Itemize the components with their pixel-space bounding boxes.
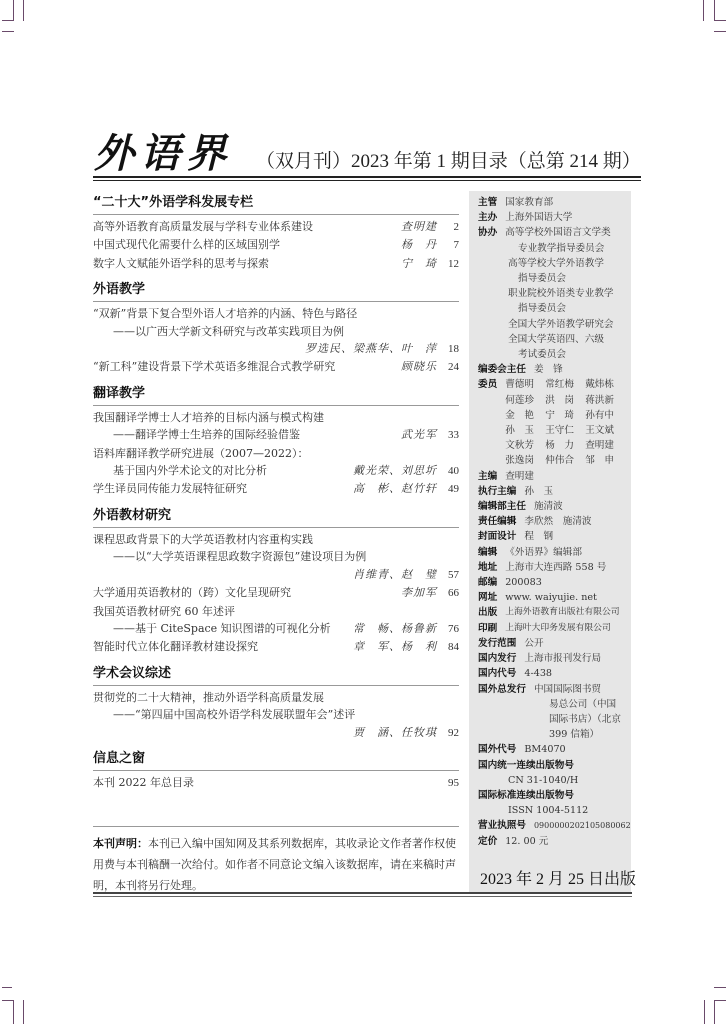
member-name: 查明建 xyxy=(585,438,625,453)
entry-title: 我国英语教材研究 60 年述评 xyxy=(93,603,235,620)
toc-section: 外语教学“双新”背景下复合型外语人才培养的内涵、特色与路径——以广西大学新文科研… xyxy=(93,279,459,377)
license-label: 营业执照号 xyxy=(478,818,526,833)
cover-design-label: 封面设计 xyxy=(478,529,516,544)
crop-mark xyxy=(714,1000,726,1001)
member-name: 仲伟合 xyxy=(545,453,585,468)
website-label: 网址 xyxy=(478,590,497,605)
board-chair-value: 姜 锋 xyxy=(534,362,563,377)
entry-title: 语料库翻译教学研究进展（2007—2022）： xyxy=(93,445,309,462)
entry-title: 数字人文赋能外语学科的思考与探索 xyxy=(93,255,269,273)
price-value: 12. 00 元 xyxy=(505,834,548,849)
toc-entry[interactable]: 贯彻党的二十大精神，推动外语学科高质量发展——“第四届中国高校外语学科发展联盟年… xyxy=(93,689,459,742)
entry-meta: 95 xyxy=(437,774,459,792)
entry-authors: 高 彬、赵竹轩 xyxy=(353,482,437,495)
dept-director-value: 施清波 xyxy=(534,499,563,514)
toc-entry[interactable]: “双新”背景下复合型外语人才培养的内涵、特色与路径——以广西大学新文科研究与改革… xyxy=(93,305,459,358)
entry-page: 57 xyxy=(443,567,459,584)
editor-in-chief-value: 查明建 xyxy=(505,469,534,484)
member-name: 邹 申 xyxy=(585,453,625,468)
entry-page: 49 xyxy=(443,481,459,498)
crop-mark xyxy=(714,1000,715,1024)
entry-page: 66 xyxy=(443,585,459,602)
entry-meta: 武光军33 xyxy=(401,426,459,444)
entry-authors: 武光军 xyxy=(401,428,437,441)
co-sponsor-value: 全国大学英语四、六级 xyxy=(508,332,604,347)
toc-section: 外语教材研究课程思政背景下的大学英语教材内容重构实践——以“大学英语课程思政数字… xyxy=(93,505,459,657)
cover-design-value: 程 钢 xyxy=(524,529,553,544)
masthead-info-panel: 主管国家教育部 主办上海外国语大学 协办高等学校外国语言文学类 专业教学指导委员… xyxy=(469,191,631,892)
domestic-dist-value: 上海市报刊发行局 xyxy=(524,651,601,666)
publisher-label: 出版 xyxy=(478,605,497,620)
sponsor-value: 上海外国语大学 xyxy=(505,210,572,225)
entry-meta: 罗选民、梁燕华、叶 萍18 xyxy=(305,340,459,358)
co-sponsor-value: 考试委员会 xyxy=(518,347,566,362)
toc-entry[interactable]: 高等外语教育高质量发展与学科专业体系建设查明建2 xyxy=(93,218,459,236)
section-title: “二十大”外语学科发展专栏 xyxy=(93,192,459,215)
entry-authors: 顾晓乐 xyxy=(401,360,437,373)
entry-page: 7 xyxy=(443,237,459,254)
foreign-code-label: 国外代号 xyxy=(478,742,516,757)
entry-authors: 宁 琦 xyxy=(401,257,437,270)
entry-title: 本刊 2022 年总目录 xyxy=(93,774,194,792)
toc-section: “二十大”外语学科发展专栏高等外语教育高质量发展与学科专业体系建设查明建2中国式… xyxy=(93,192,459,273)
entry-page: 18 xyxy=(443,341,459,358)
entry-subtitle: ——基于 CiteSpace 知识图谱的可视化分析 xyxy=(113,620,331,638)
foreign-dist-label: 国外总发行 xyxy=(478,682,526,697)
scope-value: 公开 xyxy=(524,636,543,651)
entry-authors: 肖维青、赵 璧 xyxy=(353,568,437,581)
address-value: 上海市大连西路 558 号 xyxy=(505,560,606,575)
member-name: 杨 力 xyxy=(545,438,585,453)
scope-label: 发行范围 xyxy=(478,636,516,651)
member-name: 洪 岗 xyxy=(545,393,585,408)
entry-page: 95 xyxy=(443,775,459,792)
exec-editor-value: 孙 玉 xyxy=(524,484,553,499)
entry-title: 课程思政背景下的大学英语教材内容重构实践 xyxy=(93,531,313,548)
notice-label: 本刊声明： xyxy=(93,837,148,850)
editorial-label: 编辑 xyxy=(478,545,497,560)
section-title: 外语教学 xyxy=(93,279,459,302)
crop-mark xyxy=(714,20,726,21)
entry-meta: 常 畅、杨鲁新76 xyxy=(353,620,459,638)
entry-page: 76 xyxy=(443,621,459,638)
entry-title: 贯彻党的二十大精神，推动外语学科高质量发展 xyxy=(93,689,324,706)
entry-meta: 贾 涵、任牧琪92 xyxy=(353,724,459,742)
member-name: 曹德明 xyxy=(505,377,545,392)
editor-in-chief-label: 主编 xyxy=(478,469,497,484)
issue-title: （双月刊）2023 年第 1 期目录（总第 214 期） xyxy=(256,146,641,173)
domestic-code-label: 国内代号 xyxy=(478,666,516,681)
website-link[interactable]: www. waiyujie. net xyxy=(505,590,597,605)
entry-authors: 戴光荣、刘思圻 xyxy=(353,464,437,477)
dept-director-label: 编辑部主任 xyxy=(478,499,526,514)
member-name: 王守仁 xyxy=(545,423,585,438)
crop-mark xyxy=(2,987,12,988)
member-name: 宁 琦 xyxy=(545,408,585,423)
entry-subtitle: ——“第四届中国高校外语学科发展联盟年会”述评 xyxy=(113,706,355,723)
board-chair-label: 编委会主任 xyxy=(478,362,526,377)
crop-mark xyxy=(2,20,14,21)
entry-page: 24 xyxy=(443,359,459,376)
resp-editors-label: 责任编辑 xyxy=(478,514,516,529)
entry-meta: 顾晓乐24 xyxy=(401,358,459,376)
cn-label: 国内统一连续出版物号 xyxy=(478,758,574,773)
member-name: 常红梅 xyxy=(545,377,585,392)
entry-authors: 查明建 xyxy=(401,220,437,233)
toc-entry[interactable]: 课程思政背景下的大学英语教材内容重构实践——以“大学英语课程思政数字资源包”建设… xyxy=(93,531,459,584)
entry-title: “双新”背景下复合型外语人才培养的内涵、特色与路径 xyxy=(93,305,357,322)
resp-editors-value: 李欣然 施清波 xyxy=(524,514,591,529)
toc-entry[interactable]: 中国式现代化需要什么样的区域国别学杨 丹7 xyxy=(93,236,459,254)
entry-authors: 贾 涵、任牧琪 xyxy=(353,726,437,739)
foreign-code-value: BM4070 xyxy=(524,742,565,757)
entry-authors: 常 畅、杨鲁新 xyxy=(353,622,437,635)
supervisor-label: 主管 xyxy=(478,195,497,210)
co-sponsor-value: 高等学校外国语言文学类 xyxy=(505,225,611,240)
masthead: 外语界 （双月刊）2023 年第 1 期目录（总第 214 期） xyxy=(94,128,642,178)
member-name: 蒋洪新 xyxy=(585,393,625,408)
co-sponsor-value: 高等学校大学外语教学 xyxy=(508,256,604,271)
postcode-value: 200083 xyxy=(505,575,542,590)
entry-title: 大学通用英语教材的（跨）文化呈现研究 xyxy=(93,584,291,602)
price-label: 定价 xyxy=(478,834,497,849)
section-title: 翻译教学 xyxy=(93,383,459,406)
entry-page: 2 xyxy=(443,219,459,236)
notice-text: 本刊已入编中国知网及其系列数据库，其收录论文作者著作权使用费与本刊稿酬一次给付。… xyxy=(93,837,456,892)
entry-authors: 罗选民、梁燕华、叶 萍 xyxy=(305,342,437,355)
co-sponsor-value: 专业教学指导委员会 xyxy=(518,241,604,256)
entry-page: 92 xyxy=(443,725,459,742)
editorial-value: 《外语界》编辑部 xyxy=(505,545,582,560)
printer-value: 上海叶大印务发展有限公司 xyxy=(505,621,611,636)
foreign-dist-value: 易总公司（中国 xyxy=(549,697,616,712)
section-title: 信息之窗 xyxy=(93,748,459,771)
member-name: 金 艳 xyxy=(505,408,545,423)
entry-authors: 李加军 xyxy=(401,586,437,599)
toc-entry[interactable]: 我国翻译学博士人才培养的目标内涵与模式构建——翻译学博士生培养的国际经验借鉴武光… xyxy=(93,409,459,445)
co-sponsor-value: 指导委员会 xyxy=(518,271,566,286)
entry-subtitle: ——以广西大学新文科研究与改革实践项目为例 xyxy=(113,323,344,340)
member-name: 孙有中 xyxy=(585,408,625,423)
publication-date: 2023 年 2 月 25 日出版 xyxy=(480,866,636,889)
crop-mark xyxy=(704,1000,705,1024)
entry-title: 我国翻译学博士人才培养的目标内涵与模式构建 xyxy=(93,409,324,426)
entry-meta: 宁 琦12 xyxy=(401,255,459,273)
crop-mark xyxy=(13,0,14,21)
address-label: 地址 xyxy=(478,560,497,575)
journal-logo: 外语界 xyxy=(94,122,232,179)
member-name: 何莲珍 xyxy=(505,393,545,408)
toc-entry[interactable]: “新工科”建设背景下学术英语多维混合式教学研究顾晓乐24 xyxy=(93,358,459,376)
supervisor-value: 国家教育部 xyxy=(505,195,553,210)
toc-entry[interactable]: 智能时代立体化翻译教材建设探究章 军、杨 利84 xyxy=(93,638,459,656)
section-title: 外语教材研究 xyxy=(93,505,459,528)
entry-title: 智能时代立体化翻译教材建设探究 xyxy=(93,638,258,656)
issn-value: ISSN 1004-5112 xyxy=(508,803,588,818)
printer-label: 印刷 xyxy=(478,621,497,636)
toc-entry[interactable]: 大学通用英语教材的（跨）文化呈现研究李加军66 xyxy=(93,584,459,602)
entry-subtitle: ——翻译学博士生培养的国际经验借鉴 xyxy=(113,426,300,444)
entry-title: “新工科”建设背景下学术英语多维混合式教学研究 xyxy=(93,358,335,376)
foreign-dist-value: 国际书店）（北京 xyxy=(549,712,621,727)
entry-title: 中国式现代化需要什么样的区域国别学 xyxy=(93,236,280,254)
entry-meta: 李加军66 xyxy=(401,584,459,602)
toc-section: 学术会议综述贯彻党的二十大精神，推动外语学科高质量发展——“第四届中国高校外语学… xyxy=(93,663,459,742)
domestic-dist-label: 国内发行 xyxy=(478,651,516,666)
entry-page: 84 xyxy=(443,639,459,656)
foreign-dist-value: 399 信箱） xyxy=(549,727,599,742)
crop-mark xyxy=(23,1000,24,1024)
entry-meta: 戴光荣、刘思圻40 xyxy=(353,462,459,480)
license-value: 0900000202105080062 xyxy=(534,818,631,833)
domestic-code-value: 4-438 xyxy=(524,666,552,681)
toc-entry[interactable]: 语料库翻译教学研究进展（2007—2022）：基于国内外学术论文的对比分析戴光荣… xyxy=(93,445,459,481)
publisher-value: 上海外语教育出版社有限公司 xyxy=(505,605,619,620)
title-rule xyxy=(93,176,641,181)
member-name: 文秋芳 xyxy=(505,438,545,453)
entry-subtitle: ——以“大学英语课程思政数字资源包”建设项目为例 xyxy=(113,548,366,565)
entry-page: 33 xyxy=(443,427,459,444)
postcode-label: 邮编 xyxy=(478,575,497,590)
toc-entry[interactable]: 本刊 2022 年总目录95 xyxy=(93,774,459,792)
section-title: 学术会议综述 xyxy=(93,663,459,686)
crop-mark xyxy=(23,0,24,21)
member-name: 戴炜栋 xyxy=(585,377,625,392)
co-sponsor-value: 指导委员会 xyxy=(518,301,566,316)
sponsor-label: 主办 xyxy=(478,210,497,225)
exec-editor-label: 执行主编 xyxy=(478,484,516,499)
entry-authors: 杨 丹 xyxy=(401,238,437,251)
toc-entry[interactable]: 学生译员同传能力发展特征研究高 彬、赵竹轩49 xyxy=(93,480,459,498)
entry-title: 高等外语教育高质量发展与学科专业体系建设 xyxy=(93,218,313,236)
entry-authors: 章 军、杨 利 xyxy=(353,640,437,653)
table-of-contents: “二十大”外语学科发展专栏高等外语教育高质量发展与学科专业体系建设查明建2中国式… xyxy=(93,192,459,798)
toc-entry[interactable]: 数字人文赋能外语学科的思考与探索宁 琦12 xyxy=(93,255,459,273)
crop-mark xyxy=(703,0,704,21)
members-label: 委员 xyxy=(478,377,497,468)
entry-page: 12 xyxy=(443,256,459,273)
entry-meta: 肖维青、赵 璧57 xyxy=(353,566,459,584)
issn-label: 国际标准连续出版物号 xyxy=(478,788,574,803)
bottom-rule xyxy=(93,892,632,897)
entry-page: 40 xyxy=(443,463,459,480)
toc-section: 翻译教学我国翻译学博士人才培养的目标内涵与模式构建——翻译学博士生培养的国际经验… xyxy=(93,383,459,499)
cn-value: CN 31-1040/H xyxy=(508,773,578,788)
co-sponsor-value: 职业院校外语类专业教学 xyxy=(508,286,614,301)
co-sponsor-value: 全国大学外语教学研究会 xyxy=(508,317,614,332)
foreign-dist-value: 中国国际图书贸 xyxy=(534,682,601,697)
entry-meta: 杨 丹7 xyxy=(401,236,459,254)
toc-section: 信息之窗本刊 2022 年总目录95 xyxy=(93,748,459,792)
crop-mark xyxy=(13,1000,14,1024)
entry-subtitle: 基于国内外学术论文的对比分析 xyxy=(113,462,267,480)
crop-mark xyxy=(714,31,726,32)
copyright-notice: 本刊声明：本刊已入编中国知网及其系列数据库，其收录论文作者著作权使用费与本刊稿酬… xyxy=(93,826,459,896)
member-name: 孙 玉 xyxy=(505,423,545,438)
entry-title: 学生译员同传能力发展特征研究 xyxy=(93,480,247,498)
entry-meta: 查明建2 xyxy=(401,218,459,236)
entry-meta: 章 军、杨 利84 xyxy=(353,638,459,656)
member-name: 王文斌 xyxy=(585,423,625,438)
entry-meta: 高 彬、赵竹轩49 xyxy=(353,480,459,498)
member-name: 张逸岗 xyxy=(505,453,545,468)
co-sponsor-label: 协办 xyxy=(478,225,497,240)
members-grid: 曹德明常红梅戴炜栋何莲珍洪 岗蒋洪新金 艳宁 琦孙有中孙 玉王守仁王文斌文秋芳杨… xyxy=(505,377,625,468)
crop-mark xyxy=(714,0,715,21)
toc-entry[interactable]: 我国英语教材研究 60 年述评——基于 CiteSpace 知识图谱的可视化分析… xyxy=(93,603,459,639)
crop-mark xyxy=(2,31,14,32)
crop-mark xyxy=(714,987,726,988)
